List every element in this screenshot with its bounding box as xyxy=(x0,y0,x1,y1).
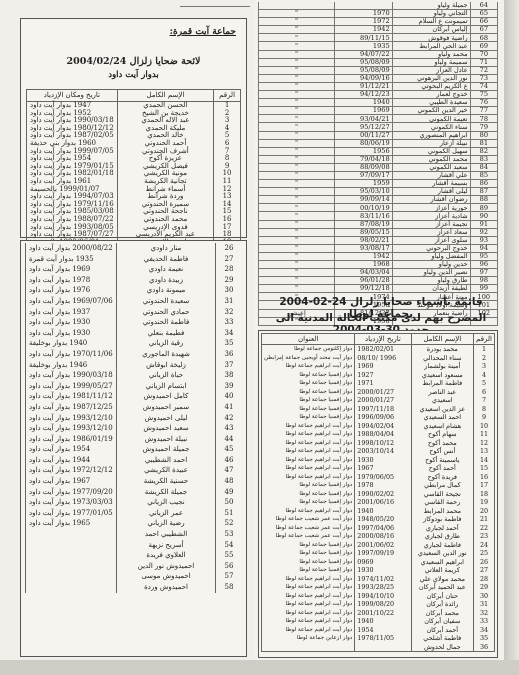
address: دوار إفسيا جماعة لوطا xyxy=(262,371,355,380)
table-row: 42ليلى احميدوش1993/12/10 بدوار آيت داود xyxy=(26,413,243,424)
table-row: "1942إلياس أبركان67 xyxy=(259,26,498,34)
full-name: خير الدين الكموني xyxy=(392,107,470,115)
row-number: 8 xyxy=(474,405,495,414)
birth-date: 00/10/19 xyxy=(334,204,392,212)
row-number: 50 xyxy=(216,497,243,508)
row-number: 30 xyxy=(474,592,495,601)
page-edge xyxy=(504,0,519,675)
row-number: 88 xyxy=(470,196,497,204)
table-row: 26منار داودي2000/08/22 بدوار آيت داود xyxy=(26,243,243,254)
birth-date xyxy=(355,643,411,652)
table-row: 40كامل احميدوش1981/11/12 بدوار آيت داود xyxy=(26,391,243,402)
row-number: 20 xyxy=(474,507,495,516)
row-number: 35 xyxy=(474,634,495,643)
full-name: كامل احميدوش xyxy=(117,391,216,402)
row-number: 31 xyxy=(216,296,243,307)
full-name: طارق لجباري xyxy=(411,532,473,541)
row-number: 30 xyxy=(216,285,243,296)
table-row: 8عز الدين اسعيدي1997/11/18دوار إفسيا جما… xyxy=(262,405,495,414)
table-row: 36جمال لحدوش xyxy=(262,643,495,652)
table-row: 5فاطمة المرابط1971دوار إفسيا جماعة لوطا xyxy=(262,379,495,388)
table-row: 43سعيد احميدوش1993/12/10 بدوار آيت داود xyxy=(26,423,243,434)
ditto-mark: " xyxy=(259,34,335,42)
list-subtitle: بدوار آيت داود xyxy=(21,70,246,80)
table-row: 31سعيدة الحندوتي1969/07/06 بدوار آيت داو… xyxy=(26,296,243,307)
birth-date: 1997/11/18 xyxy=(355,405,411,414)
row-number: 33 xyxy=(216,317,243,328)
table-row: "1935عبد الحي المرابط69 xyxy=(259,42,498,50)
address: دوار آيت ابراهيم جماعة لوطا xyxy=(262,507,355,516)
full-name: محمد أبركان xyxy=(411,609,473,618)
full-name: عبد الحي المرابط xyxy=(392,42,470,50)
ditto-mark: " xyxy=(259,285,335,293)
birth-date: 1940 xyxy=(355,617,411,626)
birth-info: 1967 بدوار آيت داود xyxy=(26,476,117,487)
full-name: ليلى احميدوش xyxy=(117,413,216,424)
full-name: احمد السعيدي xyxy=(411,413,473,422)
birth-date: 1978 xyxy=(355,481,411,490)
top-decoration xyxy=(180,0,250,7)
left-list-frame-2: 26منار داودي2000/08/22 بدوار آيت داود27ف… xyxy=(20,240,247,657)
ditto-mark: " xyxy=(259,139,335,147)
birth-info: 1969 بدوار آيت داود xyxy=(26,264,117,275)
row-number: 7 xyxy=(474,396,495,405)
birth-date: 1998/10/12 xyxy=(355,439,411,448)
row-number: 89 xyxy=(470,204,497,212)
table-row: "80/06/19نبيلة أزعار81 xyxy=(259,139,498,147)
full-name: سعيدة الحندوتي xyxy=(117,296,216,307)
table-row: 19رحمة القاسي2001/06/16دوار إفسيا جماعة … xyxy=(262,498,495,507)
birth-info: 1999/05/27 بدوار آيت داود xyxy=(26,381,117,392)
birth-date: 1979/06/05 xyxy=(355,473,411,482)
address: دوار آيت ابراهيم جماعة لوطا xyxy=(262,422,355,431)
birth-info: 1954 بدوار آيت داود xyxy=(26,444,117,455)
row-number: 17 xyxy=(474,481,495,490)
full-name: فاطمة لجباري xyxy=(411,541,473,550)
header-full-name: الإسم الكامل xyxy=(117,90,213,102)
birth-date: 99/12/18 xyxy=(334,285,392,293)
ditto-mark: " xyxy=(259,212,335,220)
row-number: 48 xyxy=(216,476,243,487)
full-name: رائدة أبركان xyxy=(411,600,473,609)
table-row: 39ابتسام الزياني1999/05/27 بدوار آيت داو… xyxy=(26,381,243,392)
birth-info: 2000/08/22 بدوار آيت داود xyxy=(26,243,117,254)
full-name: رحمة القاسي xyxy=(411,498,473,507)
table-row: 52رضية الزياني1965 بدوار آيت داود xyxy=(26,518,243,529)
row-number: 70 xyxy=(470,50,497,58)
address: دوار إفسيا جماعة لوطا xyxy=(262,566,355,575)
row-number: 5 xyxy=(474,379,495,388)
address: دوار آيت عمر شعيب جماعة لوطا xyxy=(262,524,355,533)
table-row: 1محمد بودرة1982/02/01دوار إكلتومن جماعة … xyxy=(262,345,495,354)
row-number: 39 xyxy=(216,381,243,392)
row-number: 99 xyxy=(470,285,497,293)
birth-date: 1969 xyxy=(355,362,411,371)
table-row: 41سمير احميدوش1987/12/25 بدوار آيت داود xyxy=(26,402,243,413)
birth-date: 1974/11/02 xyxy=(355,575,411,584)
full-name: رضوان أقشار xyxy=(392,196,470,204)
row-number: 31 xyxy=(474,600,495,609)
table-row: 4مسعود اسعيدي1927دوار إفسيا جماعة لوطا xyxy=(262,371,495,380)
table-row: "1969خير الدين الكموني77 xyxy=(259,107,498,115)
header-address: العنوان xyxy=(262,334,355,345)
table-row: "93/04/21نعيمة الكموني78 xyxy=(259,115,498,123)
row-number: 33 xyxy=(474,617,495,626)
birth-info: 1993/12/10 بدوار آيت داود xyxy=(26,423,117,434)
row-number: 54 xyxy=(216,540,243,551)
birth-date: 95/12/27 xyxy=(334,123,392,131)
table-row: 15أحمد أكوح1967دوار آيت ابراهيم جماعة لو… xyxy=(262,464,495,473)
table-row: 21فاطمة بودوكاز1948/05/20دوار آيت عمر شع… xyxy=(262,515,495,524)
row-number: 51 xyxy=(216,508,243,519)
row-number: 27 xyxy=(216,254,243,265)
full-name: نور الدين السعيدي xyxy=(411,549,473,558)
table-row: 44نبيلة احميدوش1986/01/19 بدوار آيت داود xyxy=(26,434,243,445)
row-number: 45 xyxy=(216,444,243,455)
row-number: 56 xyxy=(216,561,243,572)
table-row: 49جميلة الكريشة1977/09/20 بدوار آيت داود xyxy=(26,487,243,498)
table-row: 20محمد المرابط1940دوار آيت ابراهيم جماعة… xyxy=(262,507,495,516)
address: دوار آيت ابراهيم جماعة لوطا xyxy=(262,430,355,439)
full-name: سناء المحدالي xyxy=(411,354,473,363)
birth-date: 1982/02/01 xyxy=(355,345,411,354)
address: دوار إفسيا جماعة لوطا xyxy=(262,498,355,507)
full-name: عبد الناصر xyxy=(411,388,473,397)
full-name: الشطيبي احمد xyxy=(117,529,216,540)
birth-info: 1969/07/06 بدوار آيت داود xyxy=(26,296,117,307)
birth-date: 1996/09/06 xyxy=(355,413,411,422)
birth-info xyxy=(26,529,117,540)
birth-date: 1969 xyxy=(334,107,392,115)
birth-date: 80/06/19 xyxy=(334,139,392,147)
bottom-edge xyxy=(0,660,519,675)
table-row: "99/12/18لطيفة أزيدان99 xyxy=(259,285,498,293)
row-number: 26 xyxy=(474,558,495,567)
birth-info: 1981/11/12 بدوار آيت داود xyxy=(26,391,117,402)
ditto-mark: " xyxy=(259,204,335,212)
birth-date: 2000/01/27 xyxy=(355,388,411,397)
row-number: 22 xyxy=(474,524,495,533)
full-name: أنس أكوح xyxy=(411,447,473,456)
table-row: 28محمد مولاي علي1974/11/02دوار آيت ابراه… xyxy=(262,575,495,584)
row-number: 81 xyxy=(470,139,497,147)
ditto-mark: " xyxy=(259,123,335,131)
birth-info: 1978 بدوار آيت داود xyxy=(26,275,117,286)
birth-date: 89/05/15 xyxy=(334,228,392,236)
ditto-mark: " xyxy=(259,220,335,228)
table-row: "00/11/27ابراهيم المنصوري80 xyxy=(259,131,498,139)
full-name: نبيلة أزعار xyxy=(392,139,470,147)
birth-info: 1987/12/25 بدوار آيت داود xyxy=(26,402,117,413)
table-row: 34أحمد أبركان1954دوار آيت ابراهيم جماعة … xyxy=(262,626,495,635)
row-number: 37 xyxy=(216,360,243,371)
table-row: 38حياة الزياني1990/03/18 بدوار آيت داود xyxy=(26,370,243,381)
table-row: 24فاطمة لجباري2001/06/02دوار إفسيا جماعة… xyxy=(262,541,495,550)
table-row: 23طارق لجباري2000/08/16دوار آيت عمر شعيب… xyxy=(262,532,495,541)
full-name: سعاد أعزاز xyxy=(392,228,470,236)
address: دوار إفسيا جماعة لوطا xyxy=(262,405,355,414)
birth-info: 1977/09/20 بدوار آيت داود xyxy=(26,487,117,498)
birth-info xyxy=(26,561,117,572)
birth-info xyxy=(26,571,117,582)
row-number: 25 xyxy=(474,549,495,558)
row-number: 41 xyxy=(216,402,243,413)
full-name: نعيمة داودي xyxy=(117,264,216,275)
address: دوار آيت ابراهيم جماعة لوطا xyxy=(262,583,355,592)
row-number: 69 xyxy=(470,42,497,50)
birth-date: 89/11/15 xyxy=(334,34,392,42)
row-number: 79 xyxy=(470,123,497,131)
row-number: 46 xyxy=(216,455,243,466)
header-number: الرقم xyxy=(474,334,495,345)
birth-date: 1999/08/20 xyxy=(355,600,411,609)
full-name: كمال مرابطي xyxy=(411,481,473,490)
header-birth: تاريخ ومكان الإزدياد xyxy=(27,90,118,102)
commune-title: جماعة آيت قمرة: xyxy=(170,27,236,37)
address: دوار آيت ابراهيم جماعة لوطا xyxy=(262,362,355,371)
row-number: 32 xyxy=(474,609,495,618)
table-row: "83/11/16شادية أعزاز90 xyxy=(259,212,498,220)
full-name: فاطمة بودوكاز xyxy=(411,515,473,524)
address: دوار إفسيا جماعة لوطا xyxy=(262,396,355,405)
address: دوار آيت ابراهيم جماعة لوطا xyxy=(262,609,355,618)
table-row: 30حنان أبركان1994/10/10دوار آيت ابراهيم … xyxy=(262,592,495,601)
row-number: 44 xyxy=(216,434,243,445)
row-number: 28 xyxy=(216,264,243,275)
table-row: 13أنس أكوح2003/10/14دوار آيت ابراهيم جما… xyxy=(262,447,495,456)
table-row: "89/11/15راضية فوقوش68 xyxy=(259,34,498,42)
full-name: فاطمة أشلحي xyxy=(411,634,473,643)
row-number: 68 xyxy=(470,34,497,42)
table-row: 48حسنية الكريشة1967 بدوار آيت داود xyxy=(26,476,243,487)
table-row: 29عبد الحميد أبركان1993/28/25دوار آيت اب… xyxy=(262,583,495,592)
ditto-mark: " xyxy=(259,131,335,139)
row-number: 57 xyxy=(216,571,243,582)
birth-info: 1965 بدوار آيت داود xyxy=(26,518,117,529)
row-number: 27 xyxy=(474,566,495,575)
victims-table-loutta: الرقم الإسم الكامل تاريخ الإزدياد العنوا… xyxy=(261,333,495,652)
ditto-mark: " xyxy=(259,42,335,50)
full-name: سفيان أبركان xyxy=(411,617,473,626)
full-name: راضية فوقوش xyxy=(392,34,470,42)
right-top-list: جميلة ولياو64"1970التجاني ولياو65"1972تم… xyxy=(258,2,498,252)
list-title: لائحة ضحايا زلزال 2004/02/24 xyxy=(21,56,246,67)
table-row: 35رقية الزياني1940 بدوار بوخليفة xyxy=(26,338,243,349)
address: دوار آيت ابراهيم جماعة لوطا xyxy=(262,600,355,609)
row-number: 47 xyxy=(216,465,243,476)
full-name: أمينة بولشمار xyxy=(411,362,473,371)
full-name: رضية الزياني xyxy=(117,518,216,529)
table-row: 17كمال مرابطي1978دوار إفسيا جماعة لوطا xyxy=(262,481,495,490)
full-name: ميمونة داودي xyxy=(117,285,216,296)
table-row: 11سهام أكوح1988/04/04دوار آيت ابراهيم جم… xyxy=(262,430,495,439)
birth-date: 93/04/21 xyxy=(334,115,392,123)
full-name: فريدة أكوح xyxy=(411,473,473,482)
row-number: 90 xyxy=(470,212,497,220)
birth-date: 1940 xyxy=(355,507,411,516)
birth-date: 1994/10/10 xyxy=(355,592,411,601)
row-number: 29 xyxy=(474,583,495,592)
address: دوار إفسيا جماعة لوطا xyxy=(262,379,355,388)
row-number: 24 xyxy=(474,541,495,550)
row-number: 3 xyxy=(474,362,495,371)
table-row: "94/07/22محمد ولياو70 xyxy=(259,50,498,58)
address: دوار آيت ابراهيم جماعة لوطا xyxy=(262,626,355,635)
birth-date: 2003/10/14 xyxy=(355,447,411,456)
full-name: عبد الحميد أبركان xyxy=(411,583,473,592)
address: دوار ازعاين جماعة لوطا xyxy=(262,634,355,643)
birth-date: 1990/02/02 xyxy=(355,490,411,499)
full-name: فاطمة الحديفي xyxy=(117,254,216,265)
full-name: اسعيدي xyxy=(411,396,473,405)
row-number: 14 xyxy=(474,456,495,465)
row-number: 80 xyxy=(470,131,497,139)
table-row: 9احمد السعيدي1996/09/06دوار إفسيا جماعة … xyxy=(262,413,495,422)
full-name: ابراهيم السعيدي xyxy=(411,558,473,567)
table-row: 22أحمد لجباري1997/04/06دوار آيت عمر شعيب… xyxy=(262,524,495,533)
full-name: احميدوش وردة xyxy=(117,582,216,593)
right-list-frame: الرقم الإسم الكامل تاريخ الإزدياد العنوا… xyxy=(258,330,498,658)
full-name: جميلة الكريشة xyxy=(117,487,216,498)
table-row: 58احميدوش وردة xyxy=(26,582,243,593)
birth-info: 1930 بدوار آيت داود xyxy=(26,328,117,339)
full-name: عبيدة الكريشي xyxy=(117,465,216,476)
table-row: 2سناء المحدالي1996 /08/10دوار آيت محند أ… xyxy=(262,354,495,363)
birth-info: 1935 بدوار آيت قمرة xyxy=(26,254,117,265)
full-name: أسريح نزيهة xyxy=(117,540,216,551)
table-row: 26ابراهيم السعيدي0969دوار إفسيا جماعة لو… xyxy=(262,558,495,567)
row-number: 36 xyxy=(216,349,243,360)
table-row: 14ياسمينة أكوح1930دوار آيت ابراهيم جماعة… xyxy=(262,456,495,465)
table-row: 7اسعيدي2000/01/27دوار إفسيا جماعة لوطا xyxy=(262,396,495,405)
full-name: إلياس أبركان xyxy=(392,26,470,34)
full-name: نجيحة القاسي xyxy=(411,490,473,499)
full-name: فطيمة بنعلي xyxy=(117,328,216,339)
full-name: نجيمة أعزاز xyxy=(392,220,470,228)
header-birth-date: تاريخ الإزدياد xyxy=(355,334,411,345)
birth-date: 1930 xyxy=(355,456,411,465)
address: دوار آيت ابراهيم جماعة لوطا xyxy=(262,456,355,465)
table-row: 25نور الدين السعيدي1997/09/19دوار إفسيا … xyxy=(262,549,495,558)
row-number: 2 xyxy=(474,354,495,363)
row-number: 67 xyxy=(470,26,497,34)
full-name: رقية الزياني xyxy=(117,338,216,349)
full-name: عز الدين اسعيدي xyxy=(411,405,473,414)
row-number: 53 xyxy=(216,529,243,540)
address: دوار آيت ابراهيم جماعة لوطا xyxy=(262,617,355,626)
full-name: محمد ولياو xyxy=(392,50,470,58)
birth-info: 1930 بدوار آيت داود xyxy=(26,317,117,328)
full-name: لطيفة أزيدان xyxy=(392,285,470,293)
birth-date: 1954 xyxy=(355,626,411,635)
full-name: حياة الزياني xyxy=(117,370,216,381)
full-name: ابتسام الزياني xyxy=(117,381,216,392)
full-name: نجيب الزياني xyxy=(117,497,216,508)
address: دوار إفسيا جماعة لوطا xyxy=(262,541,355,550)
table-row: 45جميلة احميدوش1954 بدوار آيت داود xyxy=(26,444,243,455)
victims-table-left-2: 26منار داودي2000/08/22 بدوار آيت داود27ف… xyxy=(25,243,242,593)
table-row: 37زليخة ابوقاش1946 بدوار بوخليفة xyxy=(26,360,243,371)
full-name: حنان أبركان xyxy=(411,592,473,601)
full-name: هشام اسعيدي xyxy=(411,422,473,431)
address: دوار آيت ابراهيم جماعة لوطا xyxy=(262,447,355,456)
address: دوار إفسيا جماعة لوطا xyxy=(262,388,355,397)
row-number: 9 xyxy=(474,413,495,422)
full-name: نعيمة الكموني xyxy=(392,115,470,123)
table-row: 56احميدوش نور الدين xyxy=(26,561,243,572)
table-row: 16فريدة أكوح1979/06/05دوار آيت ابراهيم ج… xyxy=(262,473,495,482)
full-name: زبيدة داودي xyxy=(117,275,216,286)
address: دوار آيت ابراهيم جماعة لوطا xyxy=(262,464,355,473)
full-name: سناء الكموني xyxy=(392,123,470,131)
full-name: حورية أعزاز xyxy=(392,204,470,212)
full-name: مسعود اسعيدي xyxy=(411,371,473,380)
full-name: زليخة ابوقاش xyxy=(117,360,216,371)
table-row: 3أمينة بولشمار1969دوار آيت ابراهيم جماعة… xyxy=(262,362,495,371)
full-name: احميدوش موسى xyxy=(117,571,216,582)
full-name: منار داودي xyxy=(117,243,216,254)
table-row: 33سفيان أبركان1940دوار آيت ابراهيم جماعة… xyxy=(262,617,495,626)
birth-info: 1976 بدوار آيت داود xyxy=(26,285,117,296)
table-row: 29زبيدة داودي1978 بدوار آيت داود xyxy=(26,275,243,286)
table-row: 12محمد أكوح1998/10/12دوار آيت ابراهيم جم… xyxy=(262,439,495,448)
table-row: 31رائدة أبركان1999/08/20دوار آيت ابراهيم… xyxy=(262,600,495,609)
row-number: 92 xyxy=(470,228,497,236)
table-row: 55العلاوي فريدة xyxy=(26,550,243,561)
row-number: 6 xyxy=(474,388,495,397)
birth-date: 1935 xyxy=(334,42,392,50)
birth-info: 1990/03/18 بدوار آيت داود xyxy=(26,370,117,381)
row-number: 34 xyxy=(216,328,243,339)
table-row: 28نعيمة داودي1969 بدوار آيت داود xyxy=(26,264,243,275)
birth-date: 83/11/16 xyxy=(334,212,392,220)
row-number: 58 xyxy=(216,582,243,593)
full-name: احميدوش نور الدين xyxy=(117,561,216,572)
birth-info: 1972/12/12 بدوار آيت داود xyxy=(26,465,117,476)
table-row: 36شهيدة الماجوري1970/11/06 بدوار آيت داو… xyxy=(26,349,243,360)
table-row: 10هشام اسعيدي1994/02/04دوار آيت ابراهيم … xyxy=(262,422,495,431)
birth-date: 1993/28/25 xyxy=(355,583,411,592)
birth-info: 1944 بدوار آيت داود xyxy=(26,455,117,466)
full-name: شهيدة الماجوري xyxy=(117,349,216,360)
full-name: عمر الزياني xyxy=(117,508,216,519)
birth-date: 1967 xyxy=(355,464,411,473)
birth-info xyxy=(26,582,117,593)
birth-date: 1948/05/20 xyxy=(355,515,411,524)
full-name: فاطمة الحندوتي xyxy=(117,317,216,328)
table-row: 47عبيدة الكريشي1972/12/12 بدوار آيت داود xyxy=(26,465,243,476)
address: دوار آيت ابراهيم جماعة لوطا xyxy=(262,439,355,448)
table-row: 46احمد الشطيبي1944 بدوار آيت داود xyxy=(26,455,243,466)
ditto-mark: " xyxy=(259,26,335,34)
table-row: 53الشطيبي احمد xyxy=(26,529,243,540)
row-number: 77 xyxy=(470,107,497,115)
address: دوار إفسيا جماعة لوطا xyxy=(262,490,355,499)
birth-info xyxy=(26,540,117,551)
full-name: ابراهيم المنصوري xyxy=(392,131,470,139)
full-name: أحمد أبركان xyxy=(411,626,473,635)
row-number: 35 xyxy=(216,338,243,349)
birth-info: 1973/03/03 بدوار آيت داود xyxy=(26,497,117,508)
ditto-mark: " xyxy=(259,107,335,115)
birth-info: 1993/12/10 بدوار آيت داود xyxy=(26,413,117,424)
row-number: 11 xyxy=(474,430,495,439)
table-row: 33فاطمة الحندوتي1930 بدوار آيت داود xyxy=(26,317,243,328)
row-number: 43 xyxy=(216,423,243,434)
row-number: 55 xyxy=(216,550,243,561)
address: دوار آيت عمر شعيب جماعة لوطا xyxy=(262,532,355,541)
row-number: 42 xyxy=(216,413,243,424)
